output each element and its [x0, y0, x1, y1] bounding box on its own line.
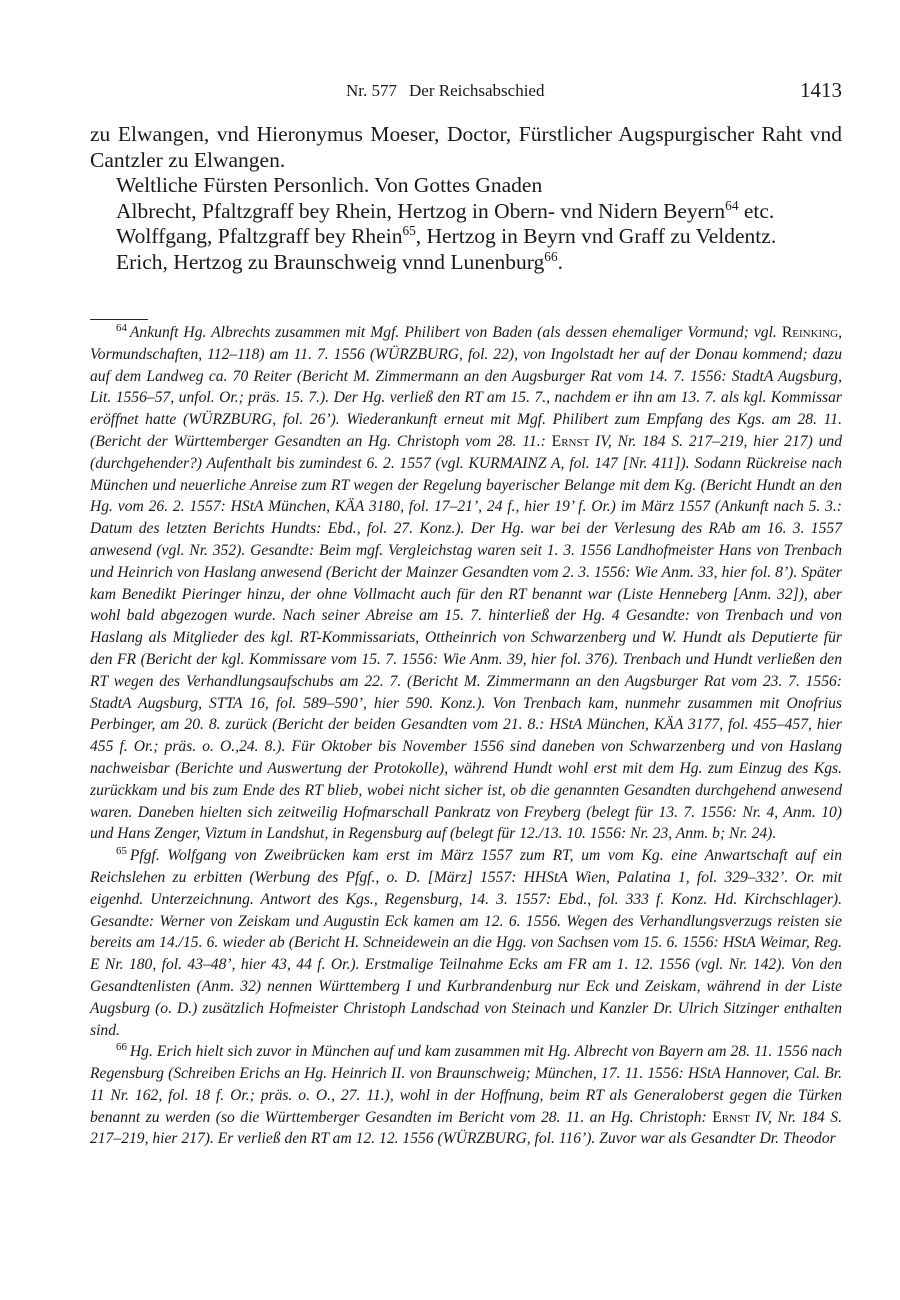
footnote-text: , Vormundschaften, 112–118) am 11. 7. 15…	[90, 324, 842, 450]
footnote-64: 64Ankunft Hg. Albrechts zusammen mit Mgf…	[90, 322, 842, 845]
footnote-ref-66[interactable]: 66	[544, 248, 557, 263]
document-number: Nr. 577	[346, 81, 397, 100]
author-name: Ernst	[552, 433, 590, 450]
footnote-66: 66Hg. Erich hielt sich zuvor in München …	[90, 1041, 842, 1150]
line-text: Wolffgang, Pfaltzgraff bey Rhein	[116, 224, 402, 248]
footnote-number: 66	[116, 1041, 127, 1053]
footnotes: 64Ankunft Hg. Albrechts zusammen mit Mgf…	[90, 322, 842, 1150]
list-line-wolffgang: Wolffgang, Pfaltzgraff bey Rhein65, Hert…	[90, 224, 842, 250]
author-name: Ernst	[712, 1109, 750, 1126]
footnote-number: 64	[116, 322, 127, 334]
list-line-erich: Erich, Hertzog zu Braunschweig vnnd Lune…	[90, 250, 842, 276]
section-heading-line: Weltliche Fürsten Personlich. Von Gottes…	[90, 173, 842, 199]
footnote-number: 65	[116, 845, 127, 857]
running-title: Nr. 577Der Reichsabschied	[346, 81, 544, 101]
footnote-65: 65Pfgf. Wolfgang von Zweibrücken kam ers…	[90, 845, 842, 1041]
footnote-text: IV, Nr. 184 S. 217–219, hier 217) und (d…	[90, 433, 842, 842]
running-header: Nr. 577Der Reichsabschied 1413	[0, 78, 900, 108]
author-name: Reinking	[782, 324, 838, 341]
line-text: Erich, Hertzog zu Braunschweig vnnd Lune…	[116, 250, 544, 274]
document-title: Der Reichsabschied	[409, 81, 544, 100]
line-tail: .	[558, 250, 563, 274]
footnote-separator	[90, 319, 148, 320]
list-line-albrecht: Albrecht, Pfaltzgraff bey Rhein, Hertzog…	[90, 199, 842, 225]
footnote-text: Pfgf. Wolfgang von Zweibrücken kam erst …	[90, 847, 842, 1038]
footnote-ref-65[interactable]: 65	[402, 223, 415, 238]
line-text: Albrecht, Pfaltzgraff bey Rhein, Hertzog…	[116, 199, 725, 223]
footnote-ref-64[interactable]: 64	[725, 197, 738, 212]
line-tail: , Hertzog in Beyrn vnd Graff zu Veldentz…	[416, 224, 776, 248]
paragraph-continuation: zu Elwangen, vnd Hieronymus Moeser, Doct…	[90, 122, 842, 173]
footnote-text: Ankunft Hg. Albrechts zusammen mit Mgf. …	[130, 324, 782, 341]
line-tail: etc.	[739, 199, 775, 223]
main-text: zu Elwangen, vnd Hieronymus Moeser, Doct…	[90, 122, 842, 275]
page-number: 1413	[800, 78, 842, 103]
